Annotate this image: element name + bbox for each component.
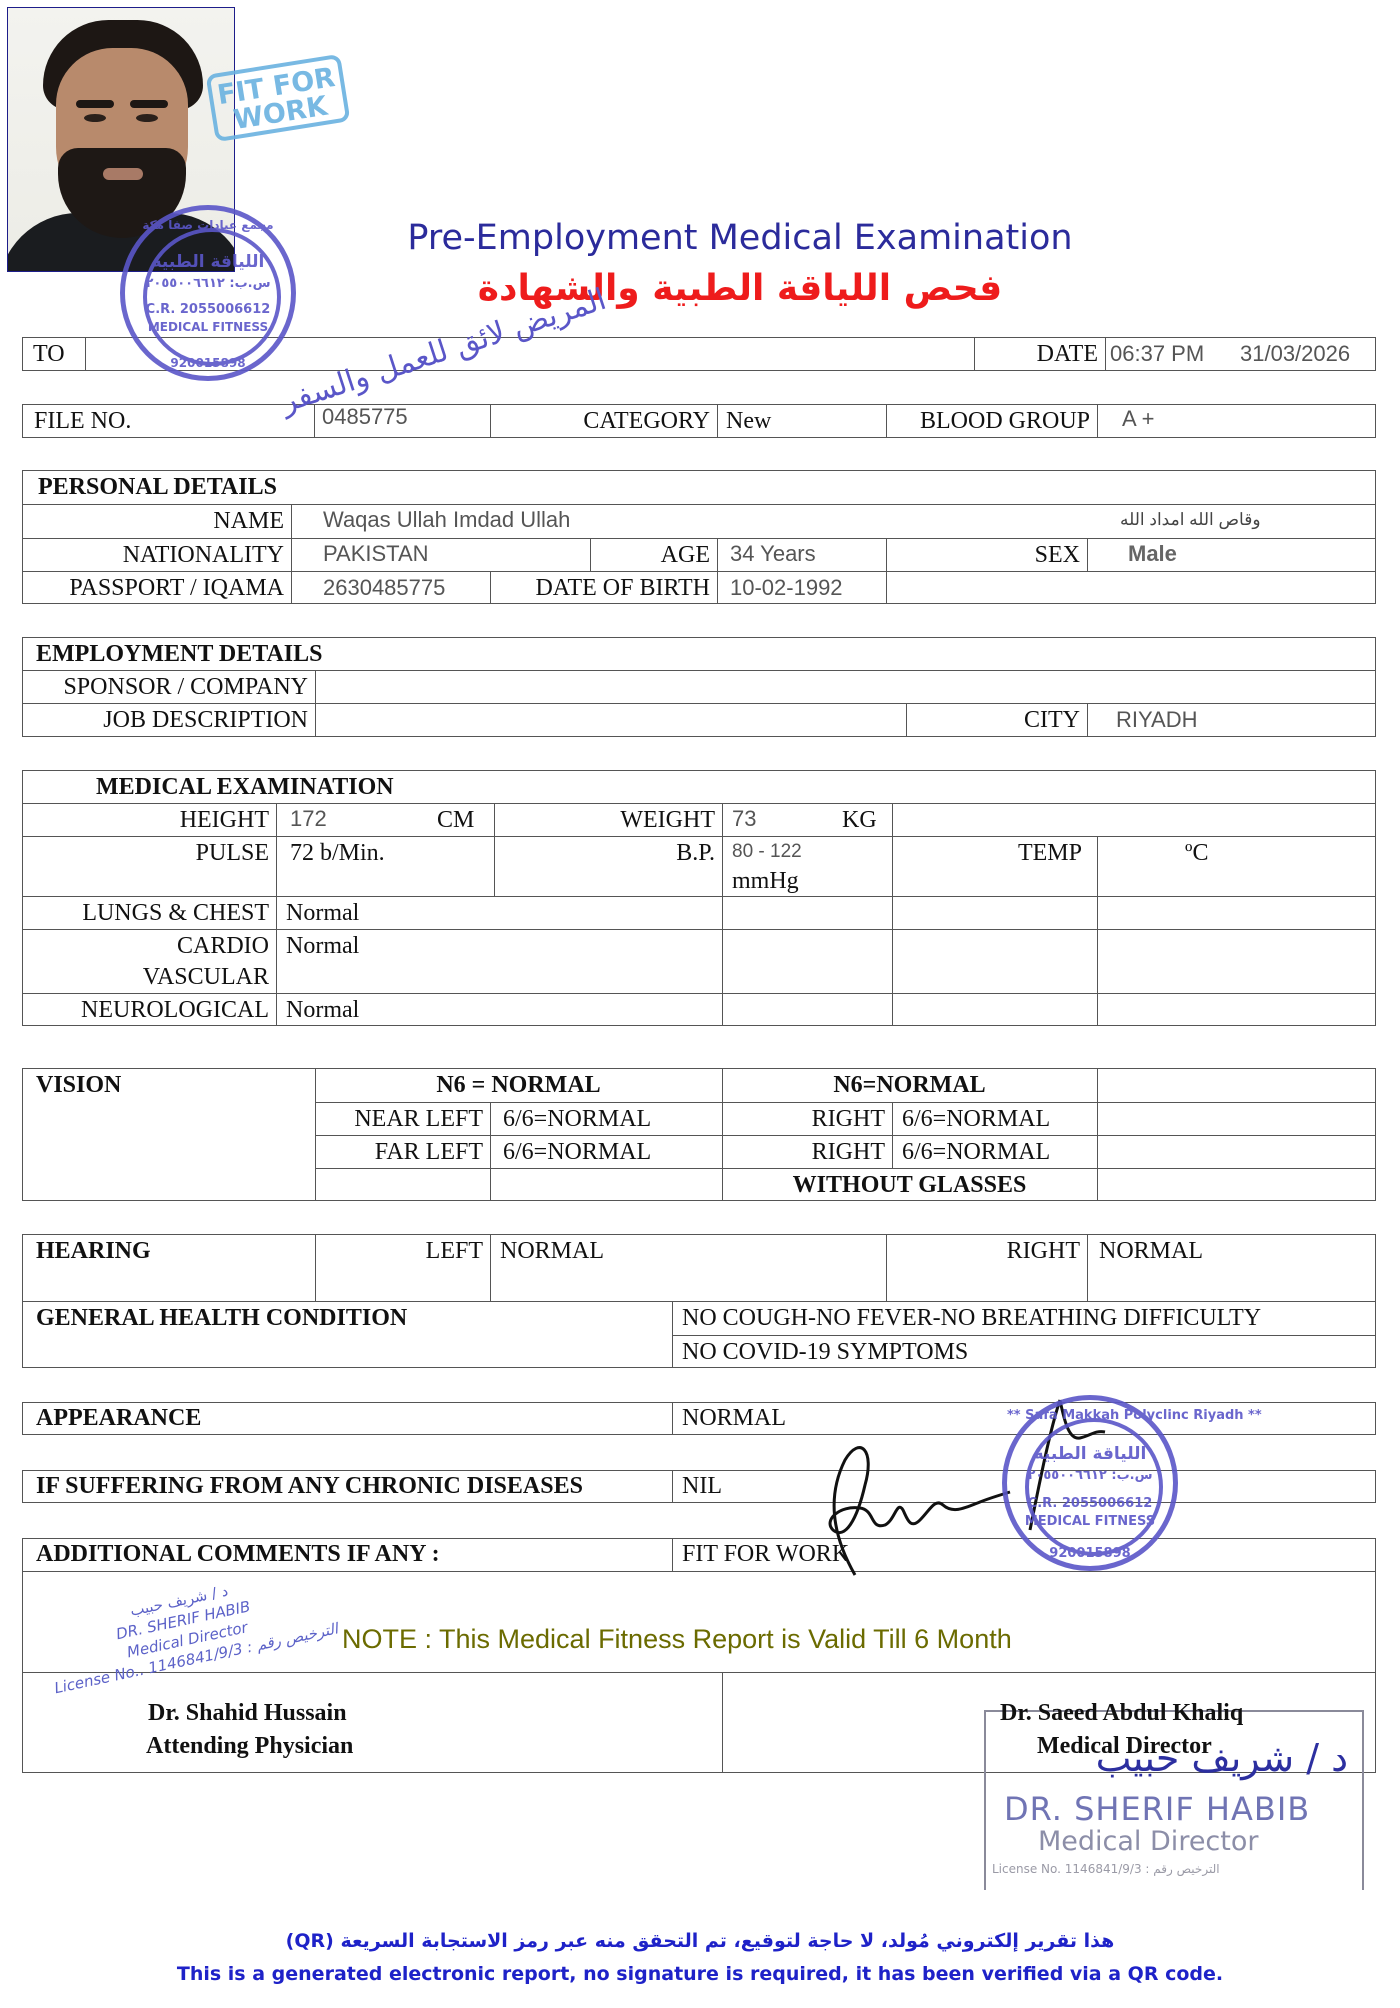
passport-label: PASSPORT / IQAMA [22,572,284,604]
clinic-stamp-bottom: ** Safa Makkah Polyclinc Riyadh ** الليا… [1002,1395,1178,1571]
city-label: CITY [906,704,1080,736]
name-arabic-value: وقاص الله امداد الله [1120,504,1261,536]
clinic-stamp-fitness: MEDICAL FITNESS [1007,1514,1173,1529]
vision-right-header: N6=NORMAL [722,1069,1097,1101]
photo-eye [136,114,158,122]
far-right-value: 6/6=NORMAL [902,1136,1050,1168]
general-health-title: GENERAL HEALTH CONDITION [36,1302,407,1334]
photo-brow [130,100,168,108]
photo-mouth [103,168,143,180]
clinic-stamp-phone: 920015898 [1007,1546,1173,1561]
chronic-diseases-label: IF SUFFERING FROM ANY CHRONIC DISEASES [36,1470,583,1502]
clinic-stamp-pobox: س.ب: ٢٠٥٥٠٠٦٦١٢ [1007,1468,1173,1483]
physician-name: Dr. Shahid Hussain [148,1700,347,1727]
bp-value: 80 - 122 [732,836,802,868]
dob-value: 10-02-1992 [730,572,843,604]
director-stamp-en-name: DR. SHERIF HABIB [1004,1790,1310,1828]
bp-label: B.P. [494,837,715,869]
cardio-label-line1: CARDIO [22,930,269,962]
date-time-value: 06:37 PM [1110,338,1204,370]
height-label: HEIGHT [22,804,269,836]
date-value: 31/03/2026 [1240,338,1350,370]
dob-label: DATE OF BIRTH [490,572,710,604]
cardio-label-line2: VASCULAR [22,961,269,993]
to-label: TO [33,338,65,370]
nationality-value: PAKISTAN [323,538,429,570]
category-value: New [726,405,771,437]
appearance-value: NORMAL [682,1402,786,1434]
hearing-left-value: NORMAL [500,1235,604,1267]
far-right-label: RIGHT [722,1136,885,1168]
photo-brow [76,100,114,108]
category-label: CATEGORY [490,405,710,437]
blood-group-label: BLOOD GROUP [886,405,1090,437]
photo-eye [84,114,106,122]
physician-title: Attending Physician [146,1733,353,1760]
age-label: AGE [590,539,710,571]
name-value: Waqas Ullah Imdad Ullah [323,504,570,536]
clinic-stamp-pobox: س.ب: ٢٠٥٥٠٠٦٦١٢ [125,276,291,291]
footer-note-en: This is a generated electronic report, n… [0,1963,1400,1985]
clinic-stamp-arc-en: ** Safa Makkah Polyclinc Riyadh ** [1007,1408,1173,1423]
date-label: DATE [974,338,1098,370]
hearing-right-value: NORMAL [1099,1235,1203,1267]
near-left-label: NEAR LEFT [315,1103,483,1135]
sex-value: Male [1128,538,1177,570]
nationality-label: NATIONALITY [22,539,284,571]
general-health-line1: NO COUGH-NO FEVER-NO BREATHING DIFFICULT… [682,1302,1261,1334]
near-right-value: 6/6=NORMAL [902,1103,1050,1135]
medical-examination-title: MEDICAL EXAMINATION [96,771,394,803]
clinic-stamp-name-ar: اللياقة الطبية [1007,1444,1173,1464]
far-left-label: FAR LEFT [315,1136,483,1168]
clinic-stamp-name-ar: اللياقة الطبية [125,252,291,272]
near-right-label: RIGHT [722,1103,885,1135]
director-stamp-title: Medical Director [1038,1826,1258,1857]
clinic-stamp-arc-ar: مجمع عيادات صفا مكة [125,218,291,232]
temp-label: TEMP [892,837,1082,869]
neurological-value: Normal [286,994,359,1026]
general-health-line2: NO COVID-19 SYMPTOMS [682,1336,968,1368]
validity-note: NOTE : This Medical Fitness Report is Va… [342,1624,1012,1655]
file-no-value: 0485775 [322,401,408,433]
far-left-value: 6/6=NORMAL [503,1136,651,1168]
height-unit: CM [437,804,474,836]
footer-note-ar: هذا تقرير إلكتروني مُولد، لا حاجة لتوقيع… [0,1930,1400,1952]
hearing-right-label: RIGHT [886,1235,1080,1267]
weight-value: 73 [732,803,756,835]
hearing-title: HEARING [36,1235,151,1267]
clinic-stamp-cr: C.R. 2055006612 [125,302,291,317]
city-value: RIYADH [1116,704,1198,736]
lungs-chest-value: Normal [286,897,359,929]
appearance-label: APPEARANCE [36,1402,201,1434]
neurological-label: NEUROLOGICAL [22,994,269,1026]
name-label: NAME [22,505,284,537]
chronic-diseases-value: NIL [682,1470,722,1502]
sex-label: SEX [886,539,1080,571]
employment-details-title: EMPLOYMENT DETAILS [36,638,323,670]
clinic-stamp-phone: 920015898 [125,356,291,370]
clinic-stamp-cr: C.R. 2055006612 [1007,1496,1173,1511]
weight-unit: KG [842,804,877,836]
blood-group-value: A + [1122,403,1154,435]
height-value: 172 [290,803,327,835]
director-stamp-license: License No. 1146841/9/3 : الترخيص رقم [992,1862,1220,1876]
clinic-stamp-fitness: MEDICAL FITNESS [125,320,291,334]
director-name: Dr. Saeed Abdul Khaliq [1000,1700,1243,1727]
passport-value: 2630485775 [323,572,445,604]
without-glasses-note: WITHOUT GLASSES [722,1169,1097,1201]
clinic-stamp-top: مجمع عيادات صفا مكة اللياقة الطبية س.ب: … [120,205,296,381]
vision-title: VISION [36,1069,121,1101]
hearing-left-label: LEFT [315,1235,483,1267]
near-left-value: 6/6=NORMAL [503,1103,651,1135]
job-description-label: JOB DESCRIPTION [22,704,308,736]
lungs-chest-label: LUNGS & CHEST [22,897,269,929]
file-no-label: FILE NO. [34,405,131,437]
director-title: Medical Director [1037,1733,1212,1760]
age-value: 34 Years [730,538,816,570]
pulse-value: 72 b/Min. [290,837,385,869]
cardio-value: Normal [286,930,359,962]
bp-unit: mmHg [732,865,799,897]
temp-unit: ºC [1185,837,1208,869]
additional-comments-label: ADDITIONAL COMMENTS IF ANY : [36,1538,440,1570]
weight-label: WEIGHT [494,804,715,836]
personal-details-title: PERSONAL DETAILS [38,471,277,503]
sponsor-label: SPONSOR / COMPANY [22,671,308,703]
vision-left-header: N6 = NORMAL [315,1069,722,1101]
pulse-label: PULSE [22,837,269,869]
